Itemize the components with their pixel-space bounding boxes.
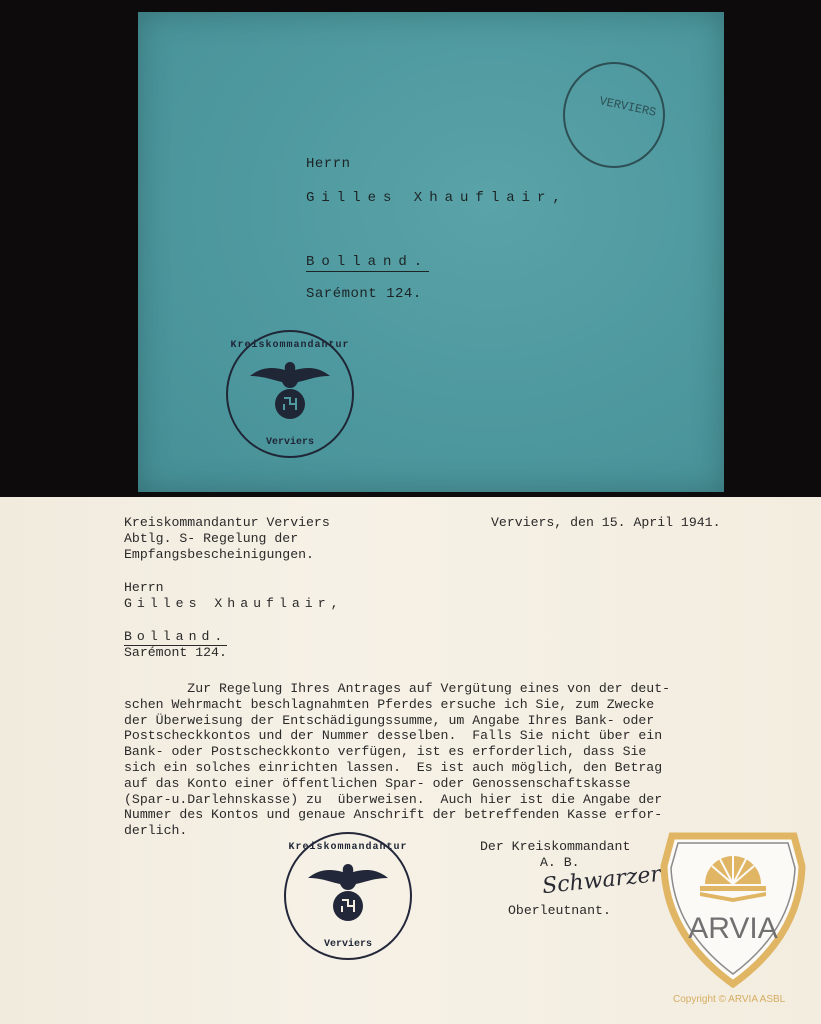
postmark: VERVIERS [563, 62, 665, 168]
envelope-town: Bolland. [306, 254, 429, 270]
closing-ab: A. B. [540, 855, 580, 871]
envelope-salutation: Herrn [306, 156, 351, 172]
envelope-street: Sarémont 124. [306, 286, 422, 302]
letter-body: Zur Regelung Ihres Antrages auf Vergütun… [124, 681, 784, 839]
postmark-text: VERVIERS [598, 94, 657, 120]
sender-line-2: Abtlg. S- Regelung der [124, 531, 298, 547]
arvia-logo-icon: ARVIA [660, 826, 806, 988]
envelope-addressee-name: Gilles Xhauflair, [306, 190, 568, 206]
letter-salutation: Herrn [124, 580, 164, 596]
closing-rank: Oberleutnant. [508, 903, 611, 919]
eagle-emblem-icon [308, 856, 388, 926]
envelope-official-stamp: Kreiskommandantur Verviers [226, 330, 354, 458]
sender-line-1: Kreiskommandantur Verviers [124, 515, 330, 531]
body-line: Nummer des Kontos und genaue Anschrift d… [124, 807, 784, 823]
stamp-top-text: Kreiskommandantur [228, 340, 352, 351]
eagle-emblem-icon [250, 354, 330, 424]
body-line: (Spar-u.Darlehnskasse) zu überweisen. Au… [124, 792, 784, 808]
body-line: auf das Konto einer öffentlichen Spar- o… [124, 776, 784, 792]
closing-title: Der Kreiskommandant [480, 839, 630, 855]
letter-town: Bolland. [124, 629, 227, 645]
stamp-bottom-text: Verviers [228, 437, 352, 448]
logo-text: ARVIA [688, 912, 778, 945]
copyright-notice: Copyright © ARVIA ASBL [673, 994, 785, 1005]
letter-official-stamp: Kreiskommandantur Verviers [284, 832, 412, 960]
body-line: schen Wehrmacht beschlagnahmten Pferdes … [124, 697, 784, 713]
stamp-top-text: Kreiskommandantur [286, 842, 410, 853]
letter-addressee-name: Gilles Xhauflair, [124, 596, 344, 612]
sender-line-3: Empfangsbescheinigungen. [124, 547, 314, 563]
envelope: VERVIERS Herrn Gilles Xhauflair, Bolland… [138, 12, 724, 492]
letter-date: Verviers, den 15. April 1941. [491, 515, 721, 531]
body-line: sich ein solches einrichten lassen. Es i… [124, 760, 784, 776]
body-line: Postscheckkontos und der Nummer desselbe… [124, 728, 784, 744]
stamp-bottom-text: Verviers [286, 939, 410, 950]
body-line: Zur Regelung Ihres Antrages auf Vergütun… [124, 681, 784, 697]
body-line: Bank- oder Postscheckkonto verfügen, ist… [124, 744, 784, 760]
letter-street: Sarémont 124. [124, 645, 227, 661]
body-line: der Überweisung der Entschädigungssumme,… [124, 713, 784, 729]
